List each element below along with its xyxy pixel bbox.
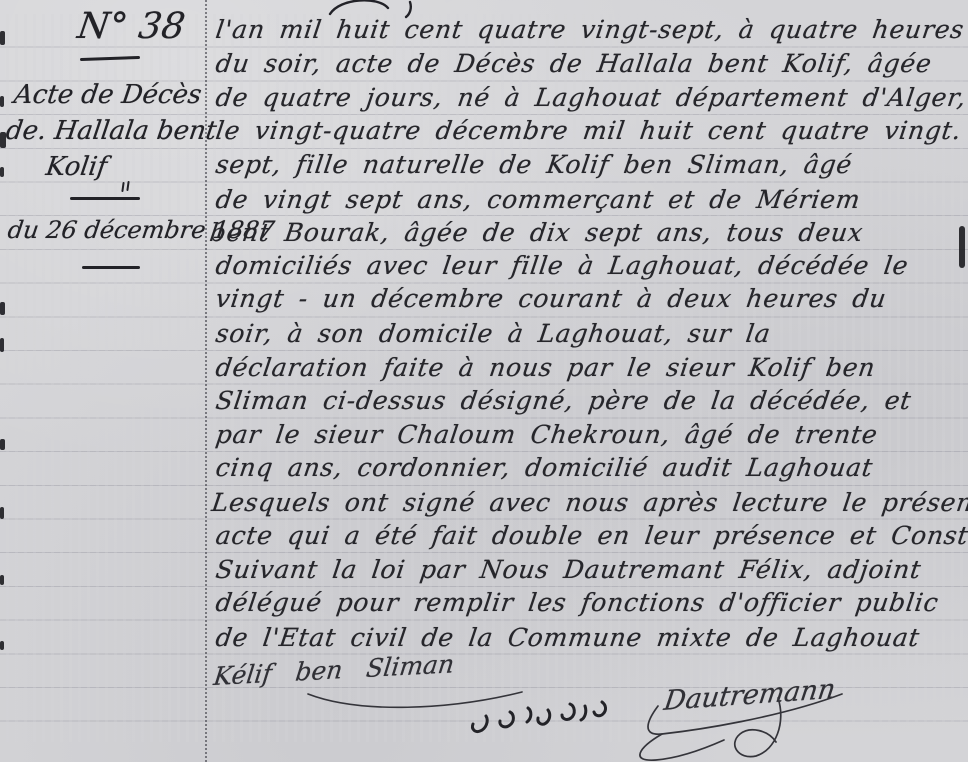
- act-text-line: soir, à son domicile à Laghouat, sur la: [214, 320, 773, 348]
- act-text-line: de l'Etat civil de la Commune mixte de L…: [214, 624, 922, 652]
- hebrew-cursive-signature-icon: [452, 696, 617, 742]
- act-text-line: cinq ans, cordonnier, domicilié audit La…: [214, 454, 875, 482]
- margin-separator-rule: [205, 0, 207, 762]
- scan-artifact: [0, 132, 6, 148]
- margin-tick-mark: [121, 182, 124, 192]
- signature-officer-flourish-icon: [628, 678, 868, 762]
- margin-title-line1: Acte de Décès: [12, 80, 203, 110]
- act-text-line: de quatre jours, né à Laghouat départeme…: [214, 84, 968, 112]
- act-text-line: l'an mil huit cent quatre vingt-sept, à …: [214, 16, 966, 44]
- act-text-line: le vingt-quatre décembre mil huit cent q…: [214, 117, 963, 145]
- scanned-death-record-page: { "document": { "kind": "registre d'état…: [0, 0, 968, 762]
- act-text-line: sept, fille naturelle de Kolif ben Slima…: [214, 151, 854, 179]
- margin-title-line2: de. Hallala bent: [4, 116, 218, 146]
- act-text-line: Suivant la loi par Nous Dautremant Félix…: [214, 556, 923, 584]
- scan-artifact: [0, 575, 4, 585]
- act-text-line: Sliman ci-dessus désigné, père de la déc…: [214, 387, 913, 415]
- act-text-line: du soir, acte de Décès de Hallala bent K…: [214, 50, 934, 78]
- act-text-line: Lesquels ont signé avec nous après lectu…: [210, 489, 968, 517]
- act-text-line: vingt - un décembre courant à deux heure…: [214, 285, 888, 313]
- act-number: N° 38: [75, 6, 188, 47]
- scan-artifact: [0, 338, 4, 352]
- scan-artifact: [0, 439, 5, 450]
- act-text-line: délégué pour remplir les fonctions d'off…: [214, 589, 940, 617]
- signature-declarant: Kélif ben Sliman: [212, 649, 456, 691]
- scan-artifact: [959, 226, 965, 268]
- margin-date-underline: [82, 266, 140, 269]
- act-text-line: acte qui a été fait double en leur prése…: [214, 522, 968, 550]
- scan-artifact: [0, 302, 5, 315]
- act-text-line: par le sieur Chaloum Chekroun, âgé de tr…: [214, 421, 880, 449]
- scan-artifact: [0, 96, 4, 107]
- scan-artifact: [0, 641, 4, 650]
- act-text-line: bent Bourak, âgée de dix sept ans, tous …: [208, 219, 865, 247]
- scan-artifact: [0, 31, 5, 45]
- scan-artifact: [0, 167, 4, 177]
- margin-title-underline: [70, 197, 140, 200]
- act-number-underline: [80, 56, 140, 61]
- margin-title-line3: Kolif: [44, 152, 109, 182]
- margin-tick-mark: [126, 181, 129, 191]
- act-text-line: déclaration faite à nous par le sieur Ko…: [214, 354, 877, 382]
- cutoff-flourish-top-icon: [326, 0, 436, 18]
- act-text-line: de vingt sept ans, commerçant et de Méri…: [214, 186, 862, 214]
- act-text-line: domiciliés avec leur fille à Laghouat, d…: [214, 252, 910, 280]
- scan-artifact: [0, 507, 4, 519]
